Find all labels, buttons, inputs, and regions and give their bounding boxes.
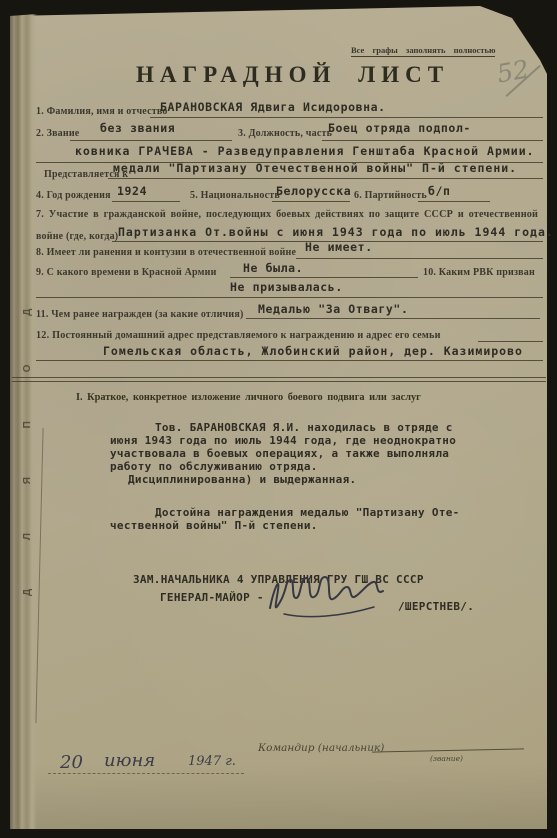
- citation-line: Достойна награждения медалью "Партизану …: [155, 506, 460, 519]
- field-1-value: БАРАНОВСКАЯ Ядвига Исидоровна.: [160, 100, 386, 114]
- underline: [230, 277, 418, 278]
- signer-name: /ШЕРСТНЕВ/.: [398, 600, 474, 613]
- citation-line: чественной войны" П-й степени.: [110, 519, 318, 532]
- date-day: 20: [60, 752, 83, 773]
- field-9-value: Не была.: [243, 261, 303, 275]
- citation-line: работу по обслуживанию отряда.: [110, 460, 318, 473]
- citation-line: участвовала в боевых операциях, а также …: [110, 447, 449, 460]
- citation-line: Дисциплинированна) и выдержанная.: [128, 473, 356, 486]
- presented-to-value: медали "Партизану Отечественной войны" П…: [113, 161, 517, 175]
- fill-all-fields-note: Все графы заполнять полностью: [351, 45, 495, 57]
- field-1-label: 1. Фамилия, имя и отчество: [36, 106, 168, 117]
- field-6-value: б/п: [428, 184, 451, 198]
- underline: [70, 140, 232, 141]
- form-title: НАГРАДНОЙ ЛИСТ: [136, 62, 449, 88]
- rank-note: (звание): [430, 754, 463, 763]
- underline: [112, 201, 180, 202]
- field-2-value: без звания: [100, 121, 175, 135]
- field-4-value: 1924: [117, 184, 147, 198]
- signature-scrawl: [262, 566, 390, 624]
- underline: [150, 117, 543, 118]
- field-2-label: 2. Звание: [36, 128, 79, 139]
- field-7-label-line1: 7. Участие в гражданской войне, последую…: [36, 209, 538, 220]
- section-divider: [12, 381, 546, 382]
- field-12-label: 12. Постоянный домашний адрес представля…: [36, 330, 441, 341]
- date-underline: [48, 773, 244, 774]
- underline: [108, 178, 543, 179]
- underline: [478, 341, 543, 342]
- field-9-label: 9. С какого времени в Красной Армии: [36, 267, 217, 278]
- underline: [272, 201, 350, 202]
- margin-vertical-text: Д Л Я П О Д: [22, 292, 33, 596]
- field-5-label: 5. Национальность: [190, 190, 280, 201]
- citation-line: Тов. БАРАНОВСКАЯ Я.И. находилась в отряд…: [155, 421, 453, 434]
- field-12-value: Гомельская область, Жлобинский район, де…: [103, 344, 523, 358]
- field-10-label: 10. Каким РВК призван: [423, 267, 535, 278]
- underline: [36, 297, 543, 298]
- date-month: июня: [104, 750, 155, 771]
- field-7-value: Партизанка От.войны с июня 1943 года по …: [118, 225, 554, 239]
- field-3-value-line2: ковника ГРАЧЕВА - Разведуправления Геншт…: [75, 144, 535, 158]
- field-8-value: Не имеет.: [305, 240, 373, 254]
- section-divider: [12, 377, 546, 378]
- underline: [418, 201, 490, 202]
- commander-label: Командир (начальник): [258, 742, 384, 754]
- field-5-value: Белорусска: [276, 184, 351, 198]
- field-7-label-line2: войне (где, когда): [36, 231, 118, 242]
- underline: [246, 318, 540, 319]
- date-year: 1947 г.: [188, 754, 236, 769]
- field-6-label: 6. Партийность: [354, 190, 427, 201]
- page-number-pencil: 52: [495, 54, 531, 88]
- field-8-label: 8. Имеет ли ранения и контузии в отечест…: [36, 247, 296, 258]
- signer-rank-line: ГЕНЕРАЛ-МАЙОР -: [160, 591, 264, 604]
- field-3-value-line1: Боец отряда подпол-: [328, 121, 471, 135]
- field-11-value: Медалью "За Отвагу".: [258, 302, 408, 316]
- section-1-heading: I. Краткое, конкретное изложение личного…: [76, 392, 421, 403]
- citation-line: июня 1943 года по июль 1944 года, где не…: [110, 434, 456, 447]
- field-4-label: 4. Год рождения: [36, 190, 111, 201]
- margin-vertical-wrap: Д Л Я П О Д: [17, 396, 31, 596]
- field-11-label: 11. Чем ранее награжден (за какие отличи…: [36, 309, 243, 320]
- underline: [296, 258, 543, 259]
- field-3-label: 3. Должность, часть: [238, 128, 332, 139]
- underline: [36, 360, 543, 361]
- underline: [322, 140, 543, 141]
- field-10-value: Не призывалась.: [230, 280, 343, 294]
